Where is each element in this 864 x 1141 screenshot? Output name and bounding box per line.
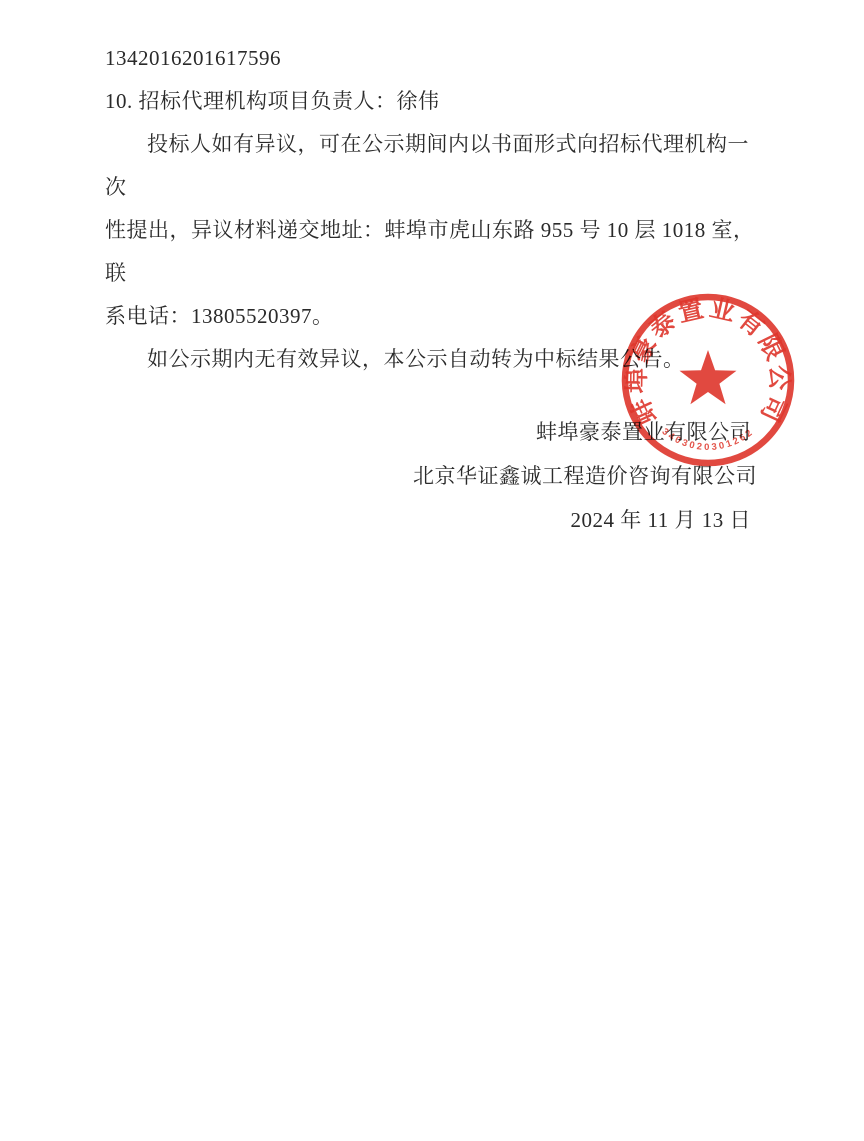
objection-paragraph-line-1: 投标人如有异议，可在公示期间内以书面形式向招标代理机构一次 bbox=[105, 123, 757, 209]
signature-date: 2024 年 11 月 13 日 bbox=[105, 498, 757, 542]
closing-paragraph: 如公示期内无有效异议，本公示自动转为中标结果公告。 bbox=[105, 338, 757, 381]
signature-company-1: 蚌埠豪泰置业有限公司 bbox=[105, 410, 757, 454]
signature-company-2: 北京华证鑫诚工程造价咨询有限公司 bbox=[105, 454, 757, 498]
signature-block: 蚌埠豪泰置业有限公司 北京华证鑫诚工程造价咨询有限公司 2024 年 11 月 … bbox=[105, 410, 757, 542]
document-body: 1342016201617596 10. 招标代理机构项目负责人：徐伟 投标人如… bbox=[105, 37, 757, 542]
document-page: 1342016201617596 10. 招标代理机构项目负责人：徐伟 投标人如… bbox=[0, 0, 864, 1141]
objection-paragraph-line-3: 系电话：13805520397。 bbox=[105, 295, 757, 338]
objection-paragraph-line-2: 性提出，异议材料递交地址：蚌埠市虎山东路 955 号 10 层 1018 室，联 bbox=[105, 209, 757, 295]
agency-leader-line: 10. 招标代理机构项目负责人：徐伟 bbox=[105, 80, 757, 123]
reference-number: 1342016201617596 bbox=[105, 37, 757, 80]
